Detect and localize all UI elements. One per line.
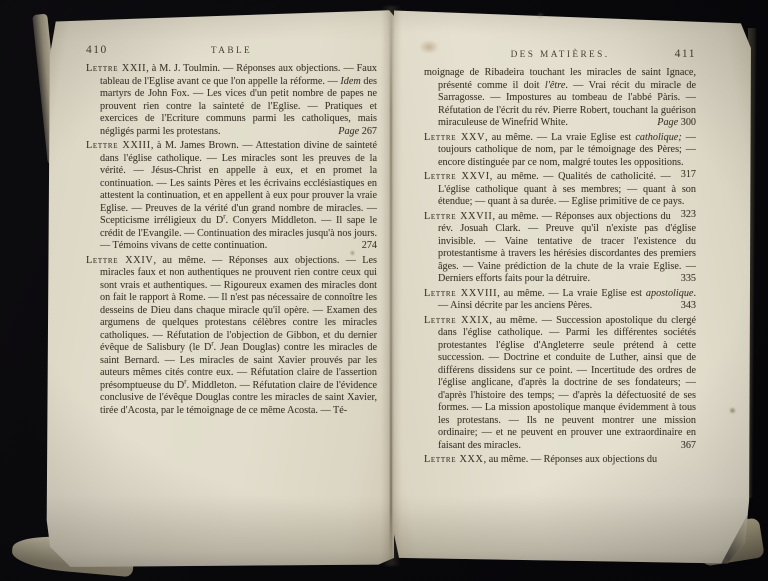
left-page: 410 TABLE Lettre XXII, à M. J. Toulmin. … <box>46 8 394 568</box>
entry-text: 323 <box>681 209 696 220</box>
entry-text: , à M. James Brown. — Attestation divine… <box>100 140 377 226</box>
entry-page-ref: 274 <box>352 240 377 253</box>
toc-entry: Lettre XXIX, au même. — Succession apost… <box>424 315 696 453</box>
entry-text: 343 <box>681 300 696 311</box>
foxing-spot <box>729 407 736 414</box>
entry-text: 367 <box>681 440 696 451</box>
italic-text: apostolique <box>646 288 694 299</box>
toc-entries-left: Lettre XXII, à M. J. Toulmin. — Réponses… <box>86 63 377 417</box>
entry-page-ref: 323 <box>671 209 696 222</box>
page-number: 410 <box>86 44 211 56</box>
toc-entry: Lettre XXX, au même. — Réponses aux obje… <box>424 454 696 467</box>
toc-entry: Lettre XXIV, au même. — Réponses aux obj… <box>86 255 377 418</box>
toc-entry: Lettre XXVIII, au même. — La vraie Eglis… <box>424 288 696 313</box>
entry-text: , au même. — La vraie Eglise est <box>497 288 646 299</box>
toc-entry: Lettre XXIII, à M. James Brown. — Attest… <box>86 140 377 253</box>
running-title: DES MATIÈRES. <box>511 50 610 60</box>
entry-label: Lettre XXIII <box>86 140 151 151</box>
entry-text: 335 <box>681 273 696 284</box>
entry-text: , au même. — Réponses aux objections du <box>484 454 657 465</box>
right-page: DES MATIÈRES. 411 moignage de Ribadeira … <box>394 6 752 568</box>
entry-text: 267 <box>359 126 377 137</box>
entry-label: Lettre XXIX <box>424 315 489 326</box>
photo-background: 410 TABLE Lettre XXII, à M. J. Toulmin. … <box>0 0 768 581</box>
entry-page-ref: Page 267 <box>328 126 377 139</box>
right-page-content: DES MATIÈRES. 411 moignage de Ribadeira … <box>424 48 696 469</box>
entry-text: , au même. — Réponses aux objections. — … <box>100 255 377 354</box>
toc-entry: Lettre XXVI, au même. — Qualités de cath… <box>424 171 696 209</box>
entry-page-ref: Page 300 <box>647 117 696 130</box>
toc-entry: Lettre XXV, au même. — La vraie Eglise e… <box>424 132 696 170</box>
entry-label: Lettre XXX <box>424 454 484 465</box>
entry-text: , au même. — La vraie Eglise est <box>485 132 635 143</box>
entry-text: , au même. — Succession apostolique du c… <box>438 315 696 451</box>
entry-label: Lettre XXVIII <box>424 288 497 299</box>
entry-label: Lettre XXIV <box>86 255 154 266</box>
page-header: DES MATIÈRES. 411 <box>424 48 696 60</box>
toc-entry: moignage de Ribadeira touchant les mirac… <box>424 67 696 130</box>
running-title: TABLE <box>211 46 252 56</box>
foxing-spot <box>536 12 545 19</box>
entry-text: 300 <box>678 117 696 128</box>
italic-text: Idem <box>340 76 360 87</box>
italic-text: l'être <box>545 80 565 91</box>
entry-page-ref: 317 <box>671 169 696 182</box>
italic-text: catholique; <box>635 132 681 143</box>
foxing-spot <box>419 40 439 54</box>
entry-label: Lettre XXVII <box>424 211 492 222</box>
toc-entries-right: moignage de Ribadeira touchant les mirac… <box>424 67 696 467</box>
book-gutter-crease <box>390 14 392 554</box>
entry-label: Lettre XXII <box>86 63 146 74</box>
entry-page-ref: 335 <box>671 273 696 286</box>
entry-text: 274 <box>362 240 377 251</box>
italic-text: Page <box>338 126 359 137</box>
entry-text: 317 <box>681 169 696 180</box>
page-header: 410 TABLE <box>86 44 377 56</box>
page-number: 411 <box>675 48 696 60</box>
foxing-spot <box>350 250 355 256</box>
entry-label: Lettre XXVI <box>424 171 490 182</box>
entry-page-ref: 367 <box>671 440 696 453</box>
toc-entry: Lettre XXVII, au même. — Réponses aux ob… <box>424 211 696 286</box>
entry-page-ref: 343 <box>671 300 696 313</box>
italic-text: Page <box>657 117 678 128</box>
left-page-content: 410 TABLE Lettre XXII, à M. J. Toulmin. … <box>86 44 377 419</box>
entry-label: Lettre XXV <box>424 132 485 143</box>
toc-entry: Lettre XXII, à M. J. Toulmin. — Réponses… <box>86 63 377 138</box>
